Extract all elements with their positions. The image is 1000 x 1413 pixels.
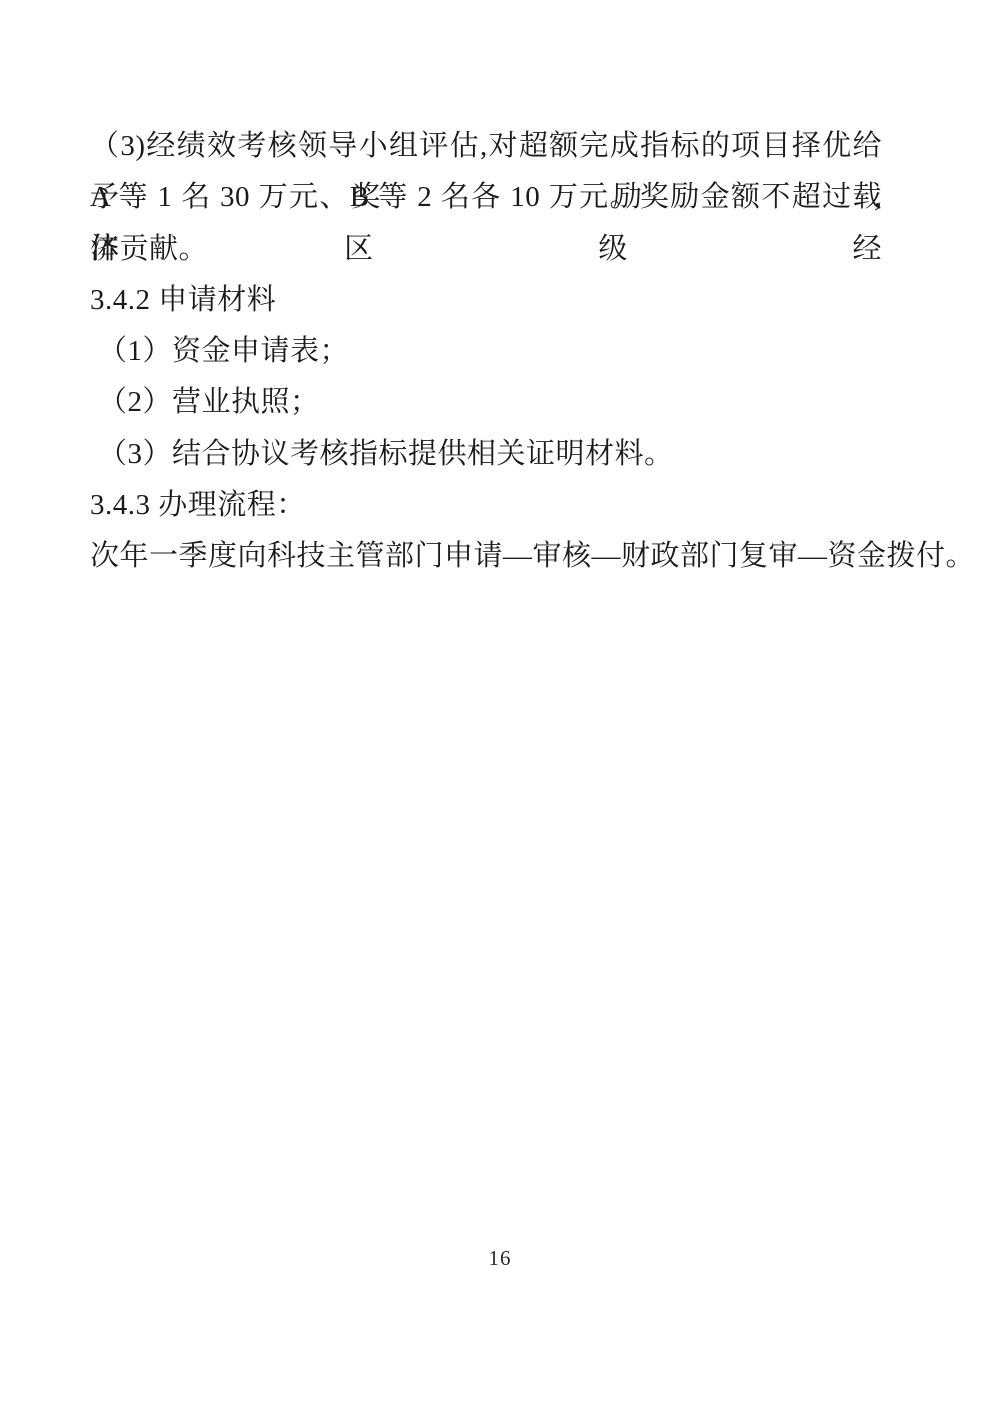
- page-number: 16: [489, 1246, 512, 1270]
- text-line: （2）营业执照；: [90, 377, 882, 428]
- paragraph-list-item: （1）资金申请表；: [90, 326, 882, 377]
- document-body: （3)经绩效考核领导小组评估,对超额完成指标的项目择优给予奖励,A 等 1 名 …: [90, 121, 882, 583]
- text-line: 3.4.3 办理流程：: [90, 480, 882, 531]
- text-line: A 等 1 名 30 万元、B 等 2 名各 10 万元。奖励金额不超过载体区级…: [90, 172, 882, 223]
- document-page: （3)经绩效考核领导小组评估,对超额完成指标的项目择优给予奖励,A 等 1 名 …: [0, 0, 1000, 1413]
- paragraph-list-item: （3）结合协议考核指标提供相关证明材料。: [90, 429, 882, 480]
- text-line: 次年一季度向科技主管部门申请—审核—财政部门复审—资金拨付。: [90, 531, 882, 582]
- paragraph-list-item: （2）营业执照；: [90, 377, 882, 428]
- text-line: （3）结合协议考核指标提供相关证明材料。: [90, 429, 882, 480]
- page-footer: 16: [0, 1246, 1000, 1271]
- text-line: 3.4.2 申请材料: [90, 275, 882, 326]
- paragraph-body: （3)经绩效考核领导小组评估,对超额完成指标的项目择优给予奖励,A 等 1 名 …: [90, 121, 882, 275]
- paragraph-heading: 3.4.2 申请材料: [90, 275, 882, 326]
- text-line: （1）资金申请表；: [90, 326, 882, 377]
- paragraph-body: 次年一季度向科技主管部门申请—审核—财政部门复审—资金拨付。: [90, 531, 882, 582]
- text-line: （3)经绩效考核领导小组评估,对超额完成指标的项目择优给予奖励,: [90, 121, 882, 172]
- paragraph-heading: 3.4.3 办理流程：: [90, 480, 882, 531]
